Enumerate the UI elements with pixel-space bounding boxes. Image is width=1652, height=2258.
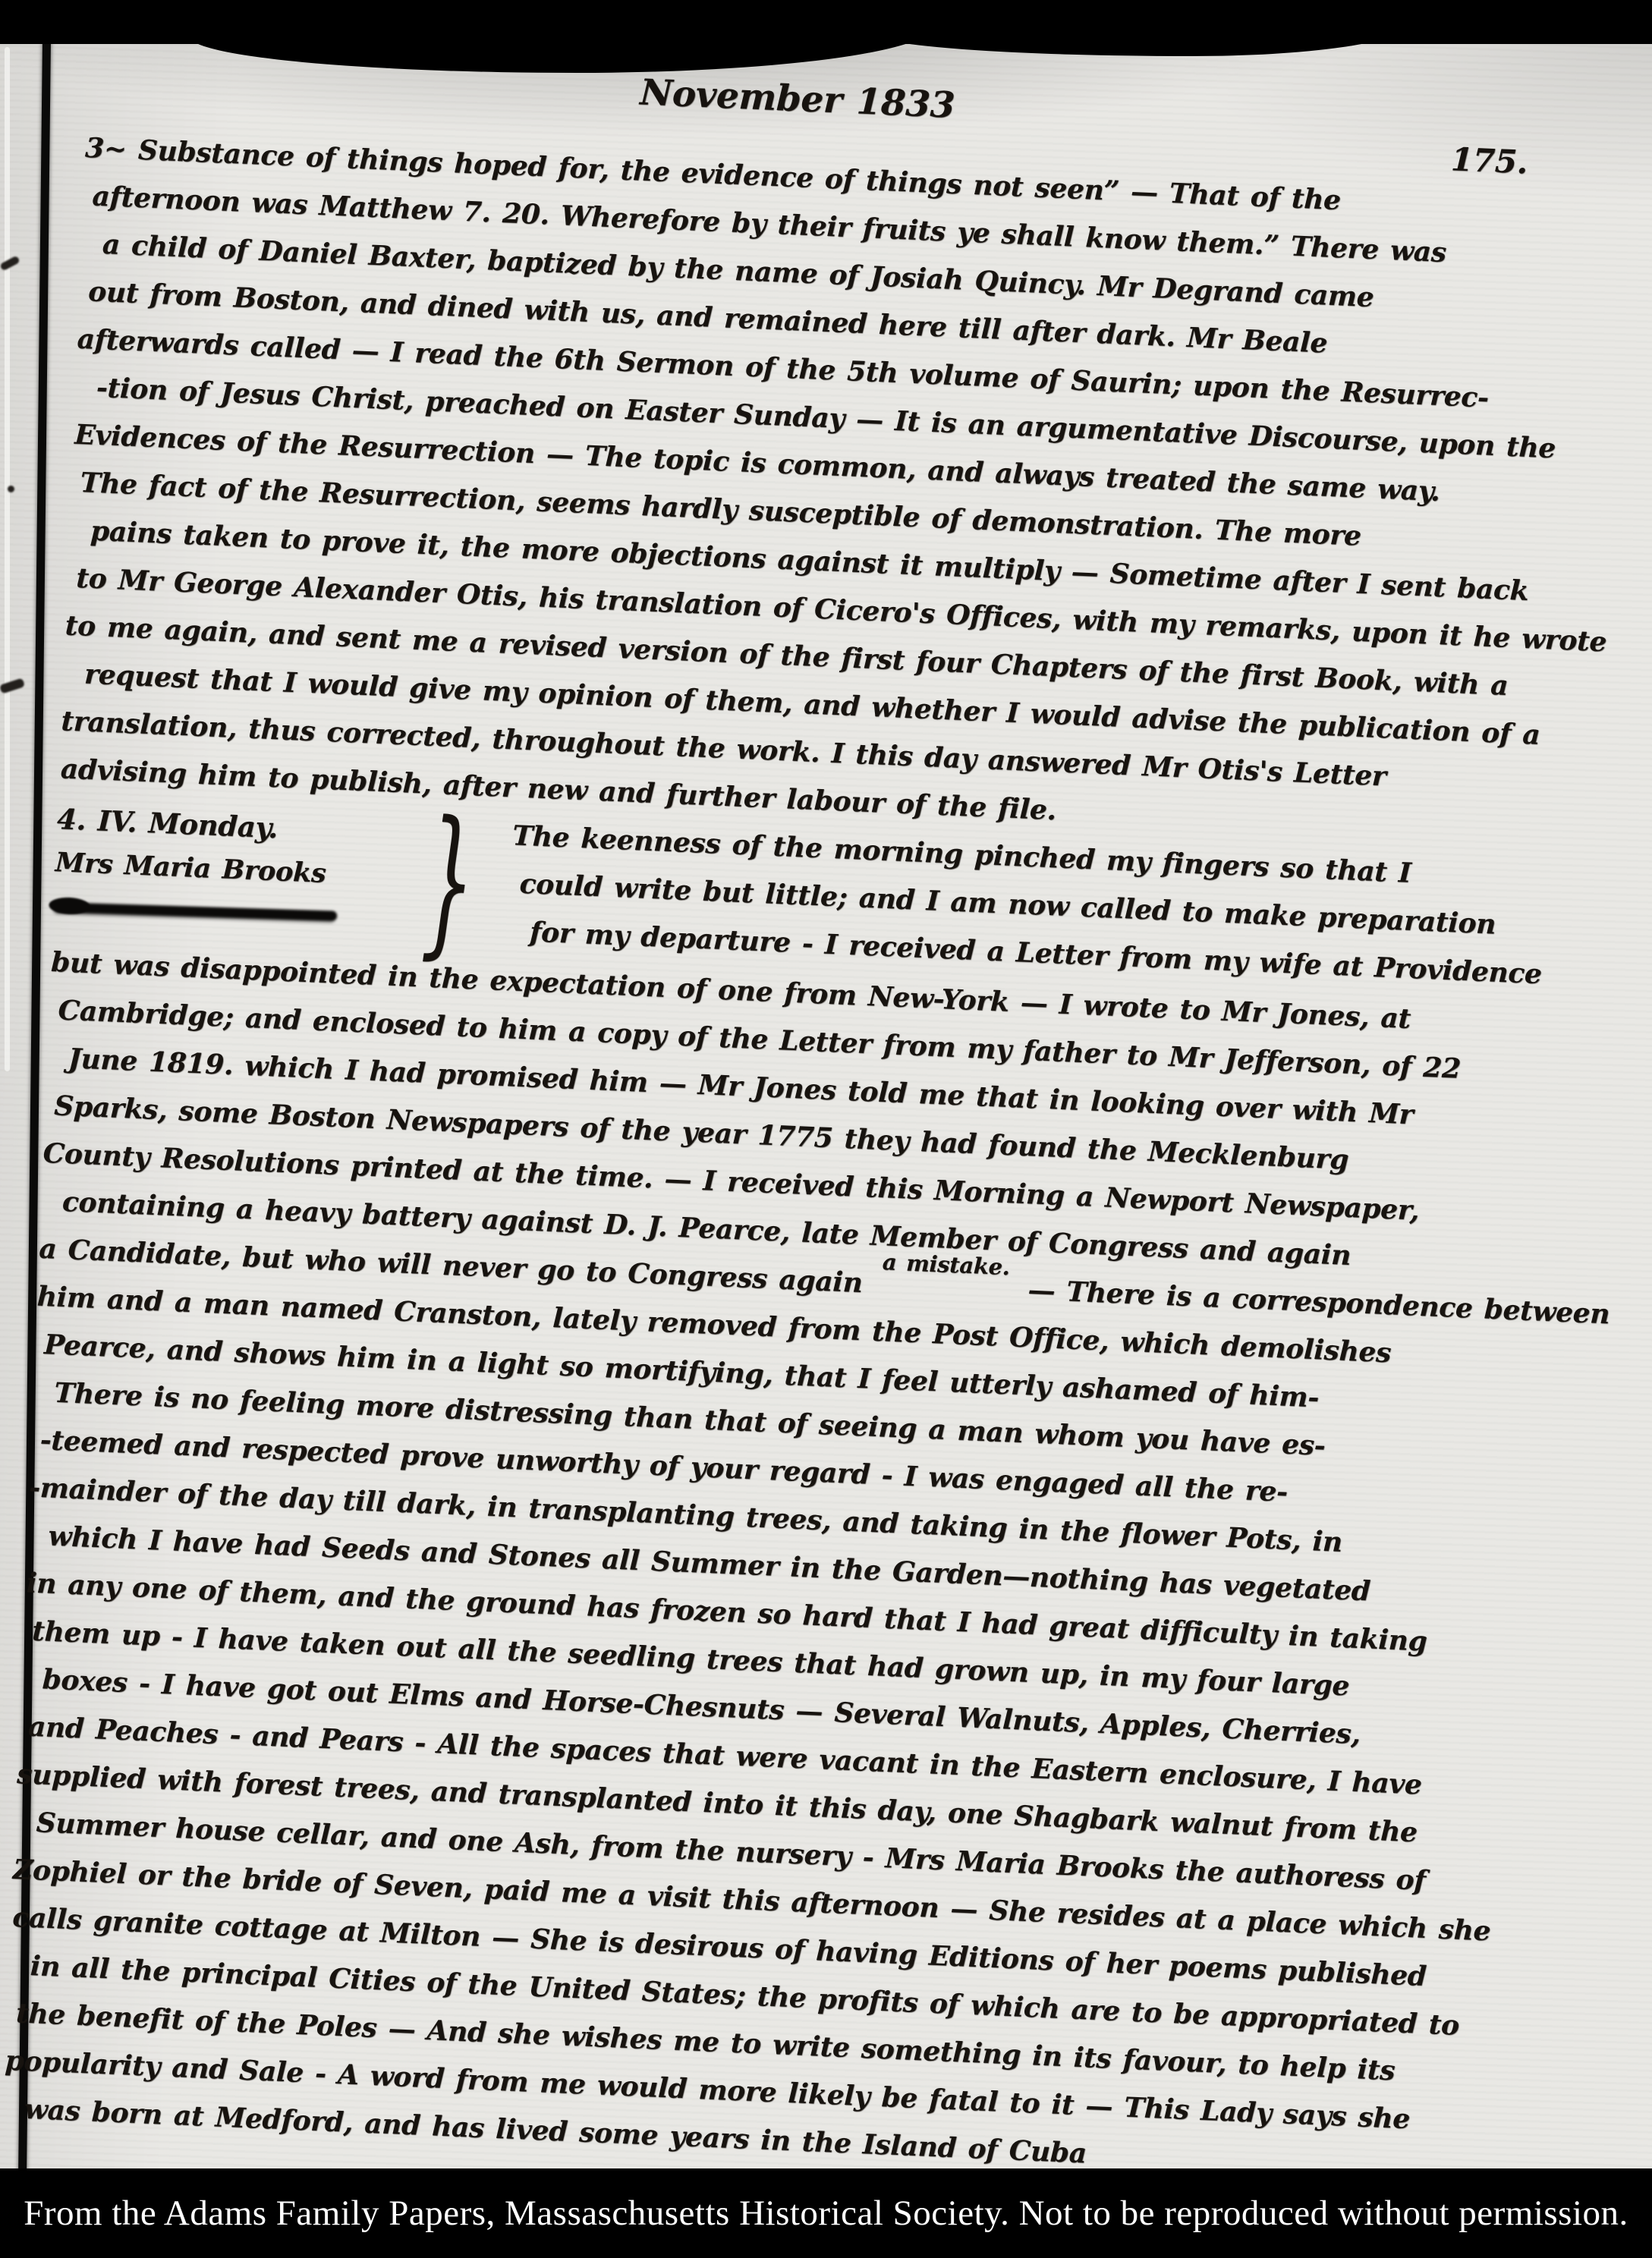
film-edge-line bbox=[5, 47, 10, 1071]
manuscript-text: November 1833 175. 3~ Substance of thing… bbox=[2, 44, 1614, 2197]
entry-november-4-body-b: him and a man named Cranston, lately rem… bbox=[2, 1273, 1562, 2197]
brace-icon: } bbox=[420, 805, 477, 956]
facing-page-ink-mark bbox=[0, 678, 25, 693]
caption: From the Adams Family Papers, Massaschus… bbox=[24, 2193, 1628, 2234]
paper: November 1833 175. 3~ Substance of thing… bbox=[0, 0, 1652, 2185]
facing-page-ink-mark bbox=[8, 486, 14, 492]
film-top-band-bulge bbox=[873, 0, 1404, 56]
page-number: 175. bbox=[1450, 140, 1528, 181]
ink-smudge-line bbox=[55, 902, 337, 921]
entry-november-3: 3~ Substance of things hoped for, the ev… bbox=[58, 124, 1610, 857]
interlineation-note: a mistake. bbox=[882, 1238, 1011, 1291]
facing-page-ink-mark bbox=[0, 255, 20, 271]
scanned-diary-page: November 1833 175. 3~ Substance of thing… bbox=[0, 0, 1652, 2258]
margin-entry: 4. IV. Monday. Mrs Maria Brooks bbox=[53, 793, 401, 925]
caption-band: From the Adams Family Papers, Massaschus… bbox=[0, 2168, 1652, 2258]
